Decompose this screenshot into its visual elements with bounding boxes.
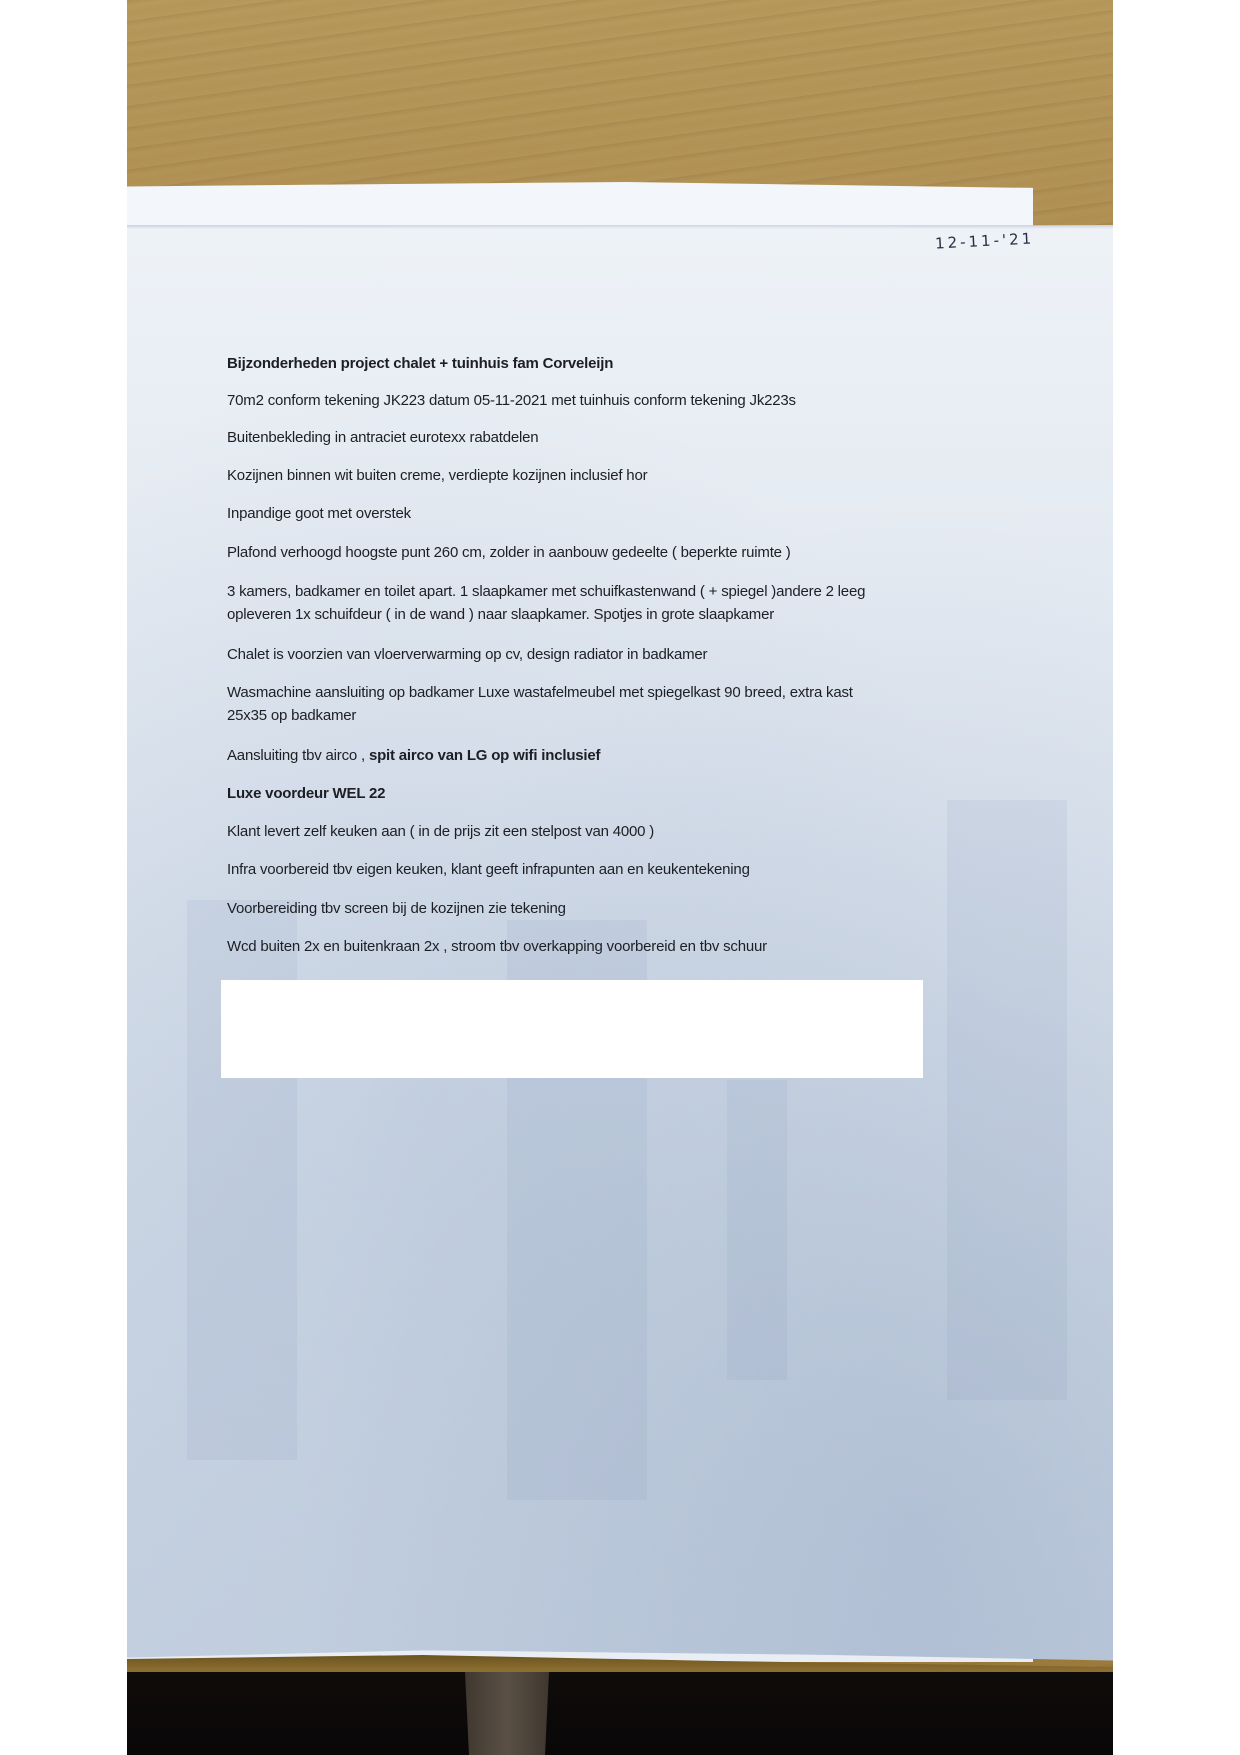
document-line: Voorbereiding tbv screen bij de kozijnen… <box>227 900 566 917</box>
document-line: 3 kamers, badkamer en toilet apart. 1 sl… <box>227 583 865 600</box>
document-line: Aansluiting tbv airco , spit airco van L… <box>227 747 600 764</box>
document-line: Wasmachine aansluiting op badkamer Luxe … <box>227 684 853 701</box>
show-through-shadow <box>947 800 1067 1400</box>
document-line: Wcd buiten 2x en buitenkraan 2x , stroom… <box>227 938 767 955</box>
document-line: Chalet is voorzien van vloerverwarming o… <box>227 646 707 663</box>
document-photo: 12-11-'21 Bijzonderheden project chalet … <box>127 0 1113 1755</box>
document-line: opleveren 1x schuifdeur ( in de wand ) n… <box>227 606 774 623</box>
document-line: Kozijnen binnen wit buiten creme, verdie… <box>227 467 647 484</box>
document-line: 70m2 conform tekening JK223 datum 05-11-… <box>227 392 796 409</box>
show-through-shadow <box>727 1080 787 1380</box>
document-line: Luxe voordeur WEL 22 <box>227 785 385 802</box>
line-regular-part: Aansluiting tbv airco , <box>227 747 369 764</box>
document-line: Klant levert zelf keuken aan ( in de pri… <box>227 823 654 840</box>
document-line: 25x35 op badkamer <box>227 707 356 724</box>
document-line: Buitenbekleding in antraciet eurotexx ra… <box>227 429 538 446</box>
floor-shadow <box>127 1672 1113 1755</box>
redaction-box <box>221 980 923 1078</box>
document-line: Infra voorbereid tbv eigen keuken, klant… <box>227 861 750 878</box>
paper-fold-crease <box>127 225 1113 229</box>
document-title: Bijzonderheden project chalet + tuinhuis… <box>227 355 613 372</box>
line-bold-part: spit airco van LG op wifi inclusief <box>369 747 600 764</box>
document-line: Plafond verhoogd hoogste punt 260 cm, zo… <box>227 544 791 561</box>
table-leg <box>457 1672 557 1755</box>
document-line: Inpandige goot met overstek <box>227 505 411 522</box>
